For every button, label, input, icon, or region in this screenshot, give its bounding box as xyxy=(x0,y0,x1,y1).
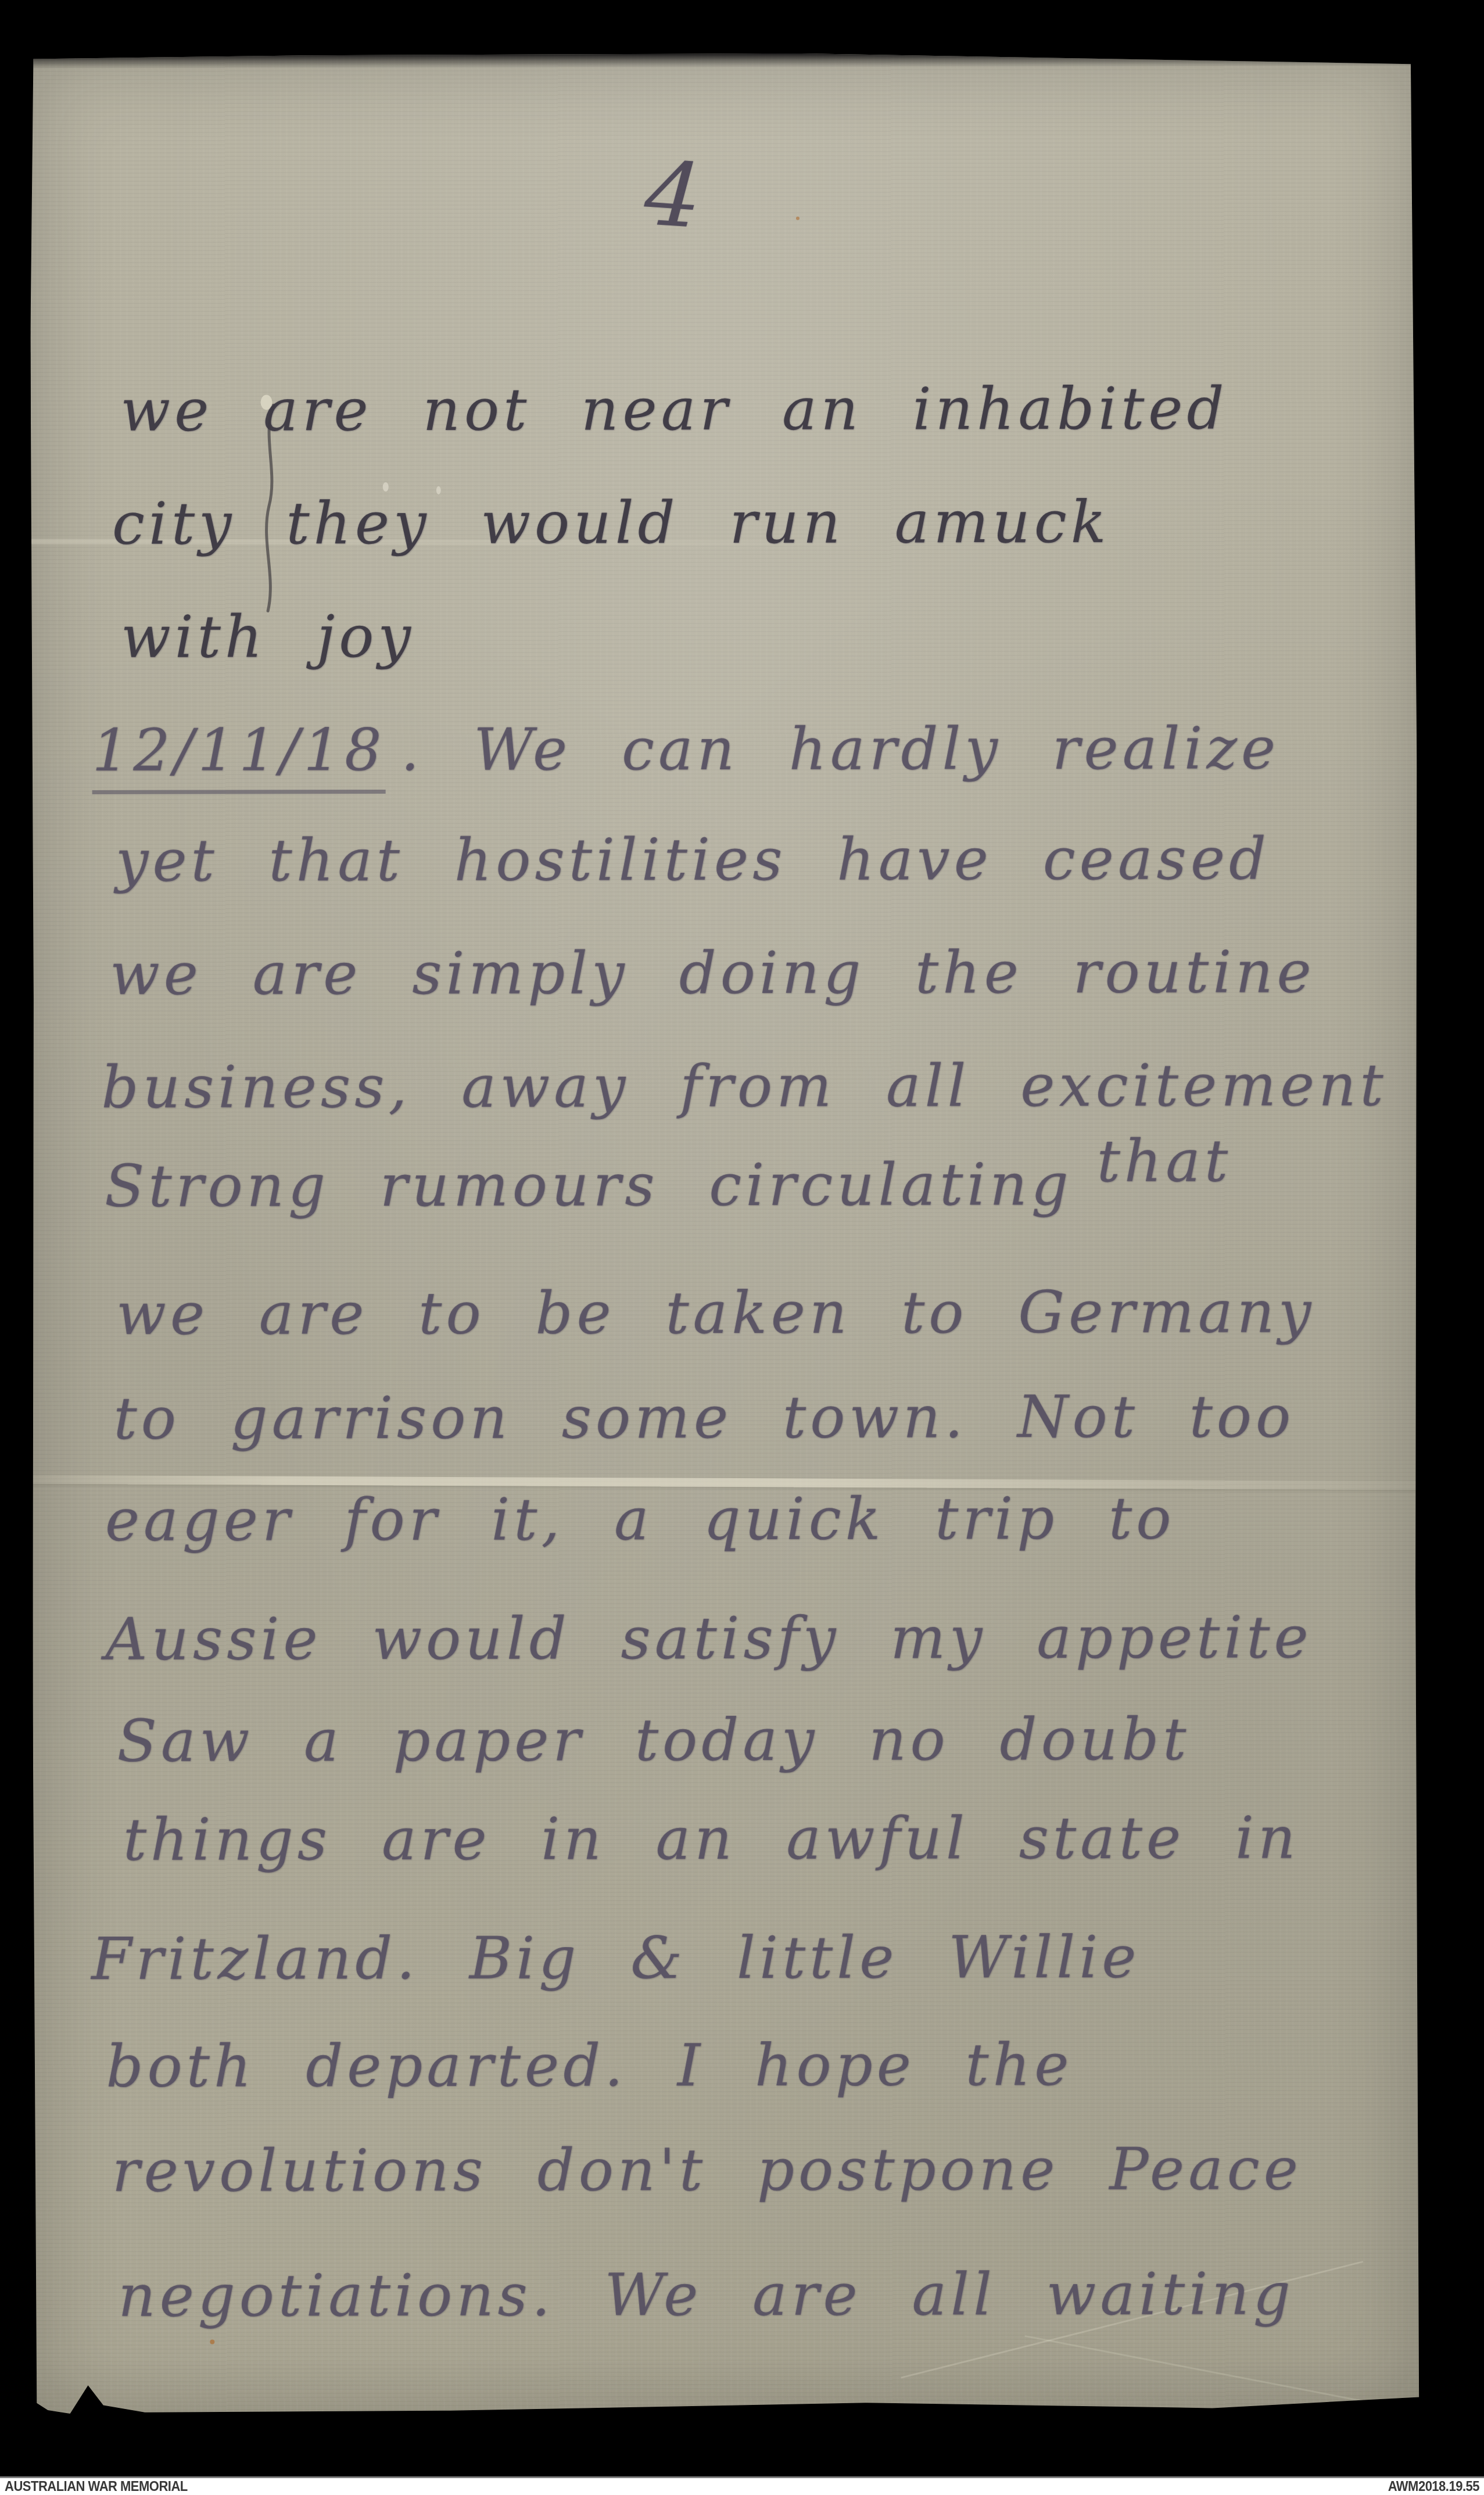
handwritten-line-17: revolutions don't postpone Peace xyxy=(112,2140,1302,2200)
entry-date: 12/11/18 xyxy=(92,716,385,794)
handwritten-line-5: yet that hostilities have ceased xyxy=(116,830,1270,890)
handwritten-line-12: Aussie would satisfy my appetite xyxy=(105,1608,1313,1669)
handwritten-line-13: Saw a paper today no doubt xyxy=(117,1711,1190,1770)
diary-page-scan: 4 we are not near an inhabited city they… xyxy=(30,52,1420,2415)
handwritten-line-9: we are to be taken to Germany xyxy=(116,1283,1315,1343)
line-8-raised-word: that xyxy=(1097,1127,1232,1195)
archive-footer-bar: AUSTRALIAN WAR MEMORIAL AWM2018.19.55 xyxy=(0,2476,1484,2495)
handwritten-line-14: things are in an awful state in xyxy=(123,1809,1300,1869)
handwritten-line-18: negotiations. We are all waiting xyxy=(118,2265,1295,2325)
handwritten-line-8: Strong rumours circulatingthat xyxy=(105,1155,1232,1215)
paper-stain-specks xyxy=(210,2340,214,2345)
handwritten-line-7: business, away from all excitement xyxy=(101,1056,1387,1117)
paper-top-edge-shadow xyxy=(30,52,1416,69)
page-number: 4 xyxy=(642,149,704,241)
footer-institution-label: AUSTRALIAN WAR MEMORIAL xyxy=(5,2479,188,2494)
handwritten-line-10: to garrison some town. Not too xyxy=(113,1388,1295,1448)
handwritten-line-15: Fritzland. Big & little Willie xyxy=(91,1928,1140,1988)
handwritten-line-6: we are simply doing the routine xyxy=(110,943,1315,1003)
footer-accession-number: AWM2018.19.55 xyxy=(1388,2479,1479,2494)
handwritten-line-3: with joy xyxy=(121,608,415,666)
handwritten-line-2: city they would run amuck xyxy=(112,493,1110,553)
handwritten-line-11: eager for it, a quick trip to xyxy=(105,1490,1175,1550)
handwritten-line-1: we are not near an inhabited xyxy=(120,379,1228,439)
line-8-main: Strong rumours circulating xyxy=(105,1150,1073,1220)
paper-crease-diagonal-2 xyxy=(1025,2335,1368,2403)
handwritten-line-16: both departed. I hope the xyxy=(106,2036,1073,2096)
handwritten-line-4: 12/11/18. We can hardly realize xyxy=(92,719,1279,780)
entry-opening-words: . We can hardly realize xyxy=(401,714,1280,784)
